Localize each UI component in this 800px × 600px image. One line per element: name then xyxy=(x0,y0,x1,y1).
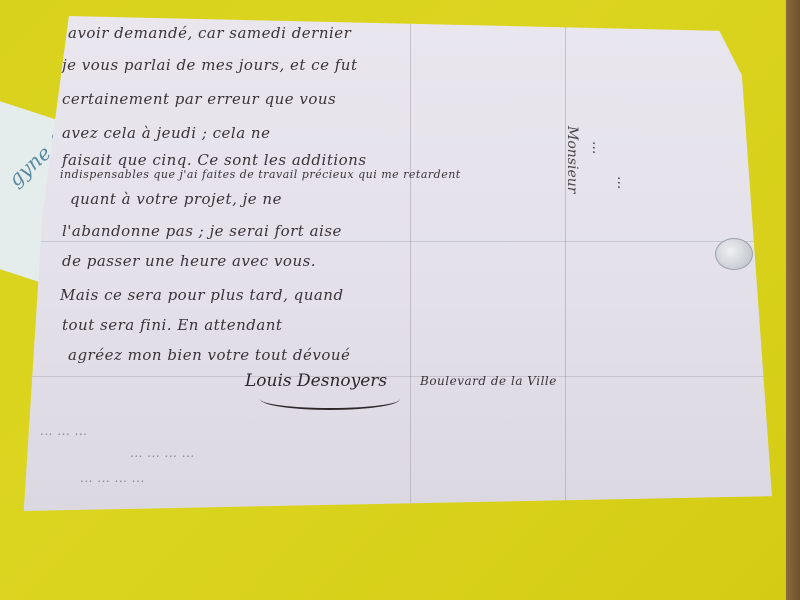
fold-line xyxy=(20,376,772,377)
letter-line: je vous parlai de mes jours, et ce fut xyxy=(62,56,357,74)
wooden-edge xyxy=(786,0,800,600)
letter-line: faisait que cinq. Ce sont les additions xyxy=(62,151,367,169)
signature-flourish xyxy=(260,388,400,410)
faint-line: ... ... ... xyxy=(40,424,87,438)
faint-line: ... ... ... ... xyxy=(80,471,145,485)
address-line: Monsieur xyxy=(564,126,580,193)
letter-line: Mais ce sera pour plus tard, quand xyxy=(60,286,344,304)
letter-line: avoir demandé, car samedi dernier xyxy=(68,24,351,42)
postscript-line: Boulevard de la Ville xyxy=(420,374,557,388)
faint-line: ... ... ... ... xyxy=(130,446,195,460)
fold-line xyxy=(20,241,772,242)
fold-line xyxy=(565,16,566,511)
handwritten-letter: avoir demandé, car samedi dernier je vou… xyxy=(20,16,772,511)
letter-line: l'abandonne pas ; je serai fort aise xyxy=(62,222,342,240)
wax-seal xyxy=(715,238,753,270)
letter-line: certainement par erreur que vous xyxy=(62,90,336,108)
letter-line: tout sera fini. En attendant xyxy=(62,316,282,334)
letter-line: avez cela à jeudi ; cela ne xyxy=(62,124,270,142)
center-fold xyxy=(410,16,411,511)
address-line: ... xyxy=(614,176,630,189)
address-line: ... xyxy=(589,141,605,154)
letter-line: quant à votre projet, je ne xyxy=(70,190,282,208)
letter-line: de passer une heure avec vous. xyxy=(62,252,316,270)
letter-line: indispensables que j'ai faites de travai… xyxy=(60,168,461,181)
letter-line: agréez mon bien votre tout dévoué xyxy=(68,346,350,364)
